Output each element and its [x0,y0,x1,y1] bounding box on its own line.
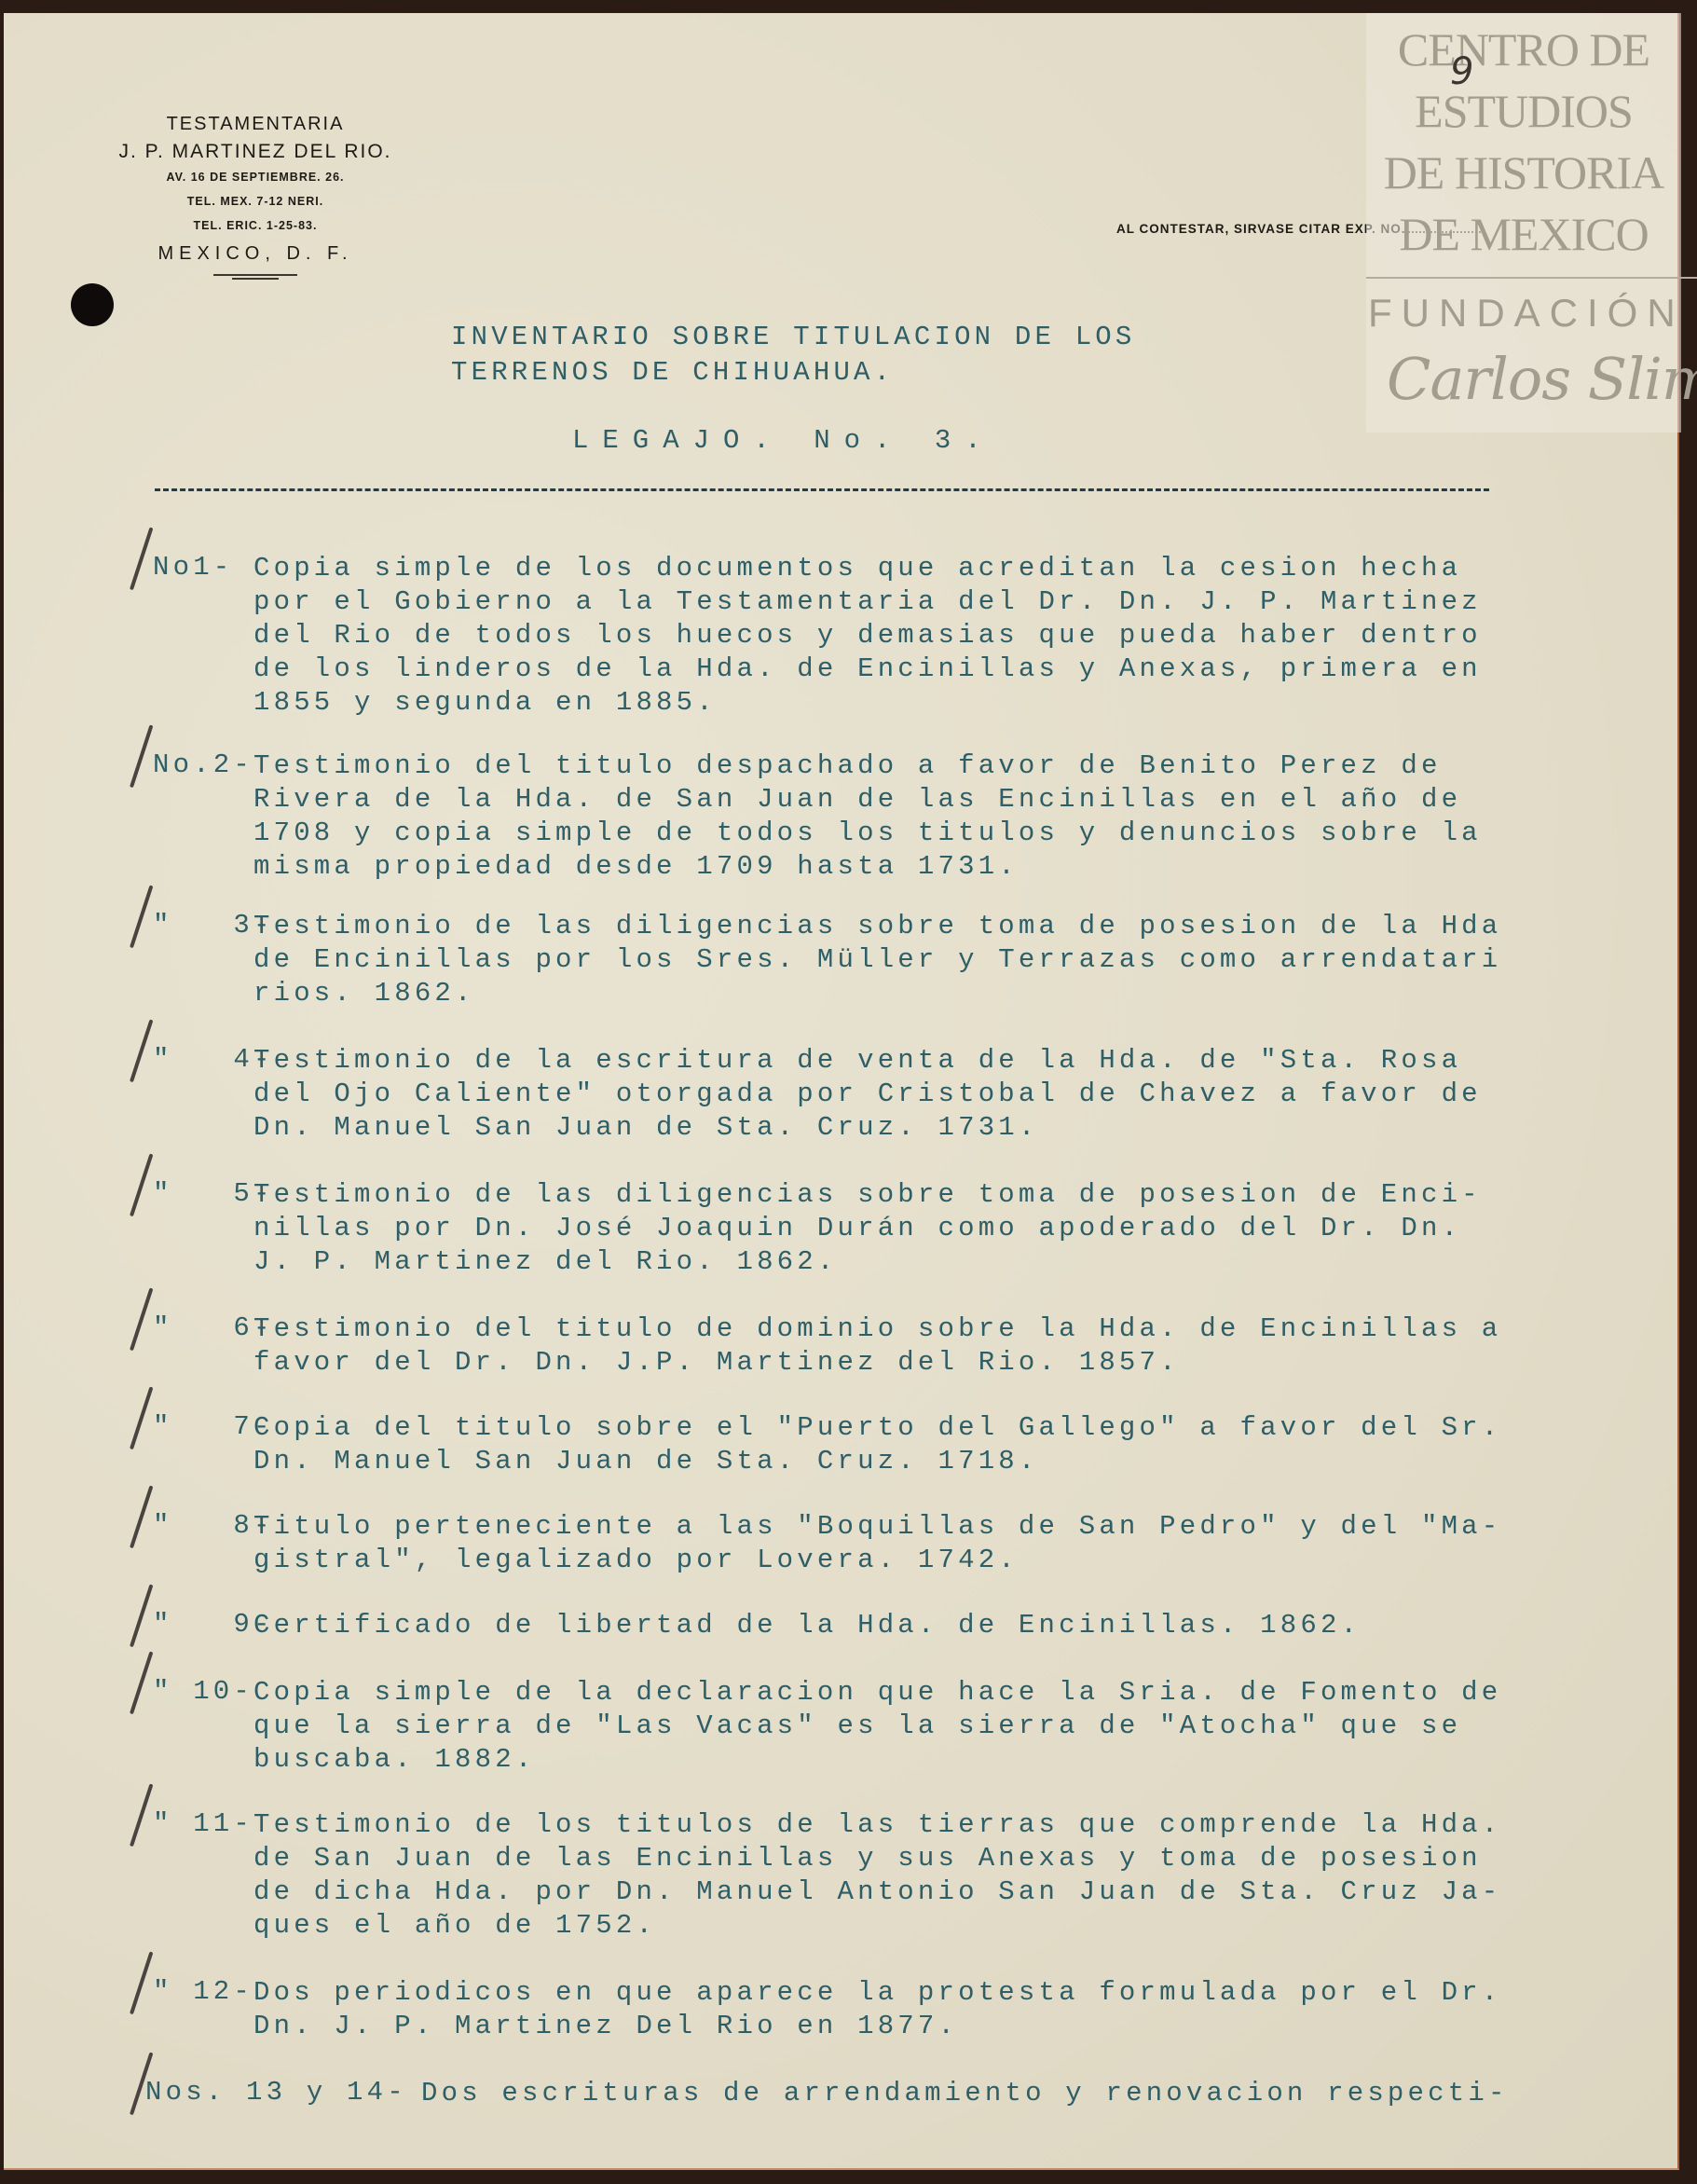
item-text-line: Rivera de la Hda. de San Juan de las Enc… [253,783,1461,817]
letterhead-title: TESTAMENTARIA [92,114,418,135]
item-text-line: J. P. Martinez del Rio. 1862. [253,1245,837,1279]
item-text-line: Testimonio del titulo despachado a favor… [253,749,1442,783]
letterhead-name: J. P. MARTINEZ DEL RIO. [92,141,418,163]
item-number: No1- [153,552,233,583]
heading-line-1: INVENTARIO SOBRE TITULACION DE LOS [451,320,1136,355]
checkmark-icon [130,1019,153,1082]
item-text-line: Dn. J. P. Martinez Del Rio en 1877. [253,2010,958,2043]
legajo-number: LEGAJO. No. 3. [572,425,995,456]
watermark-signature: Carlos Slim [1387,345,1697,413]
item-text-line: de Encinillas por los Sres. Müller y Ter… [253,943,1501,977]
checkmark-icon [130,885,153,948]
item-text-line: rios. 1862. [253,977,475,1010]
item-text-line: favor del Dr. Dn. J.P. Martinez del Rio.… [253,1346,1180,1380]
letterhead-tel-mex: TEL. MEX. 7-12 NERI. [92,195,418,208]
item-number: " 10- [153,1676,253,1707]
item-text-line: 1708 y copia simple de todos los titulos… [253,817,1482,850]
item-text-line: Copia simple de la declaracion que hace … [253,1676,1501,1710]
heading-line-2: TERRENOS DE CHIHUAHUA. [451,355,1136,391]
checkmark-icon [130,1386,153,1449]
checkmark-icon [130,1951,153,2014]
watermark-line: DE MEXICO [1366,203,1681,265]
item-text-line: Certificado de libertad de la Hda. de En… [253,1609,1361,1642]
item-number: Nos. 13 y 14- [145,2077,407,2108]
item-text-line: de San Juan de las Encinillas y sus Anex… [253,1842,1482,1875]
item-text-line: Dos periodicos en que aparece la protest… [253,1976,1501,2010]
item-text-line: gistral", legalizado por Lovera. 1742. [253,1544,1019,1577]
item-text-line: buscaba. 1882. [253,1743,535,1777]
item-text-line: de dicha Hda. por Dn. Manuel Antonio San… [253,1875,1501,1909]
letterhead-underline [213,274,297,276]
item-text-line: del Rio de todos los huecos y demasias q… [253,619,1482,652]
checkmark-icon [130,1783,153,1847]
item-text-line: 1855 y segunda en 1885. [253,686,717,720]
item-text-line: del Ojo Caliente" otorgada por Cristobal… [253,1078,1482,1111]
item-text-line: nillas por Dn. José Joaquin Durán como a… [253,1212,1461,1245]
letterhead-underline-short [232,278,279,280]
item-text-line: Copia del titulo sobre el "Puerto del Ga… [253,1411,1501,1445]
item-text-line: por el Gobierno a la Testamentaria del D… [253,585,1482,619]
checkmark-icon [130,1584,153,1647]
item-text-line: Testimonio de la escritura de venta de l… [253,1044,1461,1078]
handwritten-page-number: 9 [1450,50,1473,93]
watermark-line: ESTUDIOS [1366,80,1681,142]
item-number: " 11- [153,1808,253,1839]
watermark-foundation: FUNDACIÓN [1368,291,1685,336]
item-text-line: Titulo perteneciente a las "Boquillas de… [253,1510,1501,1544]
letterhead: TESTAMENTARIA J. P. MARTINEZ DEL RIO. AV… [92,114,418,280]
item-text-line: misma propiedad desde 1709 hasta 1731. [253,850,1019,884]
dashed-rule [155,488,1489,491]
item-text-line: Dn. Manuel San Juan de Sta. Cruz. 1731. [253,1111,1039,1145]
item-text-line: Testimonio de las diligencias sobre toma… [253,910,1501,943]
checkmark-icon [130,1485,153,1548]
item-text-line: de los linderos de la Hda. de Encinillas… [253,652,1482,686]
document-heading: INVENTARIO SOBRE TITULACION DE LOSTERREN… [451,320,1136,391]
item-text-line: Copia simple de los documentos que acred… [253,552,1461,585]
letterhead-address: AV. 16 DE SEPTIEMBRE. 26. [92,171,418,184]
item-text-line: Dos escrituras de arrendamiento y renova… [421,2077,1509,2110]
checkmark-icon [130,527,153,590]
document-page: TESTAMENTARIA J. P. MARTINEZ DEL RIO. AV… [4,13,1679,2170]
item-text-line: Testimonio de los titulos de las tierras… [253,1808,1501,1842]
punch-hole [71,283,114,326]
watermark-line: CENTRO DE [1366,19,1681,80]
item-text-line: Dn. Manuel San Juan de Sta. Cruz. 1718. [253,1445,1039,1478]
checkmark-icon [130,1287,153,1351]
watermark: CENTRO DE ESTUDIOS DE HISTORIA DE MEXICO… [1366,13,1681,433]
checkmark-icon [130,1651,153,1714]
item-number: " 12- [153,1976,253,2007]
item-number: No.2- [153,749,253,780]
item-text-line: Testimonio del titulo de dominio sobre l… [253,1312,1501,1346]
item-text-line: Testimonio de las diligencias sobre toma… [253,1178,1482,1212]
item-text-line: que la sierra de "Las Vacas" es la sierr… [253,1710,1461,1743]
watermark-institution: CENTRO DE ESTUDIOS DE HISTORIA DE MEXICO [1366,19,1681,265]
letterhead-tel-eric: TEL. ERIC. 1-25-83. [92,219,418,232]
letterhead-city: MEXICO, D. F. [92,243,418,265]
checkmark-icon [130,1153,153,1216]
watermark-divider [1366,277,1697,279]
item-text-line: ques el año de 1752. [253,1909,656,1943]
reference-label: AL CONTESTAR, SIRVASE CITAR EXP. NO. [1116,222,1406,236]
checkmark-icon [130,724,153,788]
watermark-line: DE HISTORIA [1366,142,1681,203]
